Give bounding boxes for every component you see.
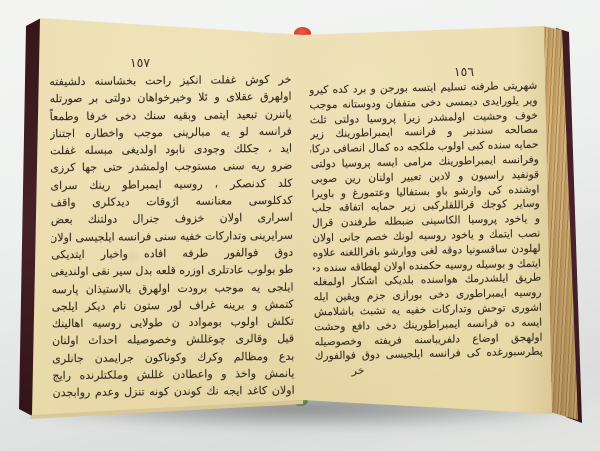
text-line: قيل وقالرى چوغللش وخصوصيله احداث اولنان (52, 330, 294, 350)
photo-of-open-book: ١٥٧ ١٥٦ خر كوش غفلت انكيز راحت بخشاسنه د… (0, 0, 600, 451)
text-line: طو بولوب عادتلرى اوزره قلعه بدل سير نفى … (51, 261, 293, 281)
left-page-text: خر كوش غفلت انكيز راحت بخشاسنه دلشيفتهاو… (49, 71, 294, 402)
right-page-number: ١٥٦ (432, 64, 496, 79)
right-page-text: شهريتى طرفنه تسليم ايتسه بورجن و برد كده… (309, 79, 543, 365)
text-line: اسرارى اولان خزوف جنرال دولتنك بعض (51, 209, 293, 229)
text-line: ضرو ريه سنى مستوجب اولمشدر حتى جها كرزى (50, 157, 292, 177)
left-page-number: ١٥٧ (108, 55, 172, 70)
text-line: اولهرق عقلای و ئلا وخيرخواهان دولتى بر ص… (49, 88, 291, 108)
text-line: اولان كاغد ايجه نك كوندن كونه تنزل وعدم … (53, 382, 295, 402)
catchword: خر (336, 364, 380, 377)
